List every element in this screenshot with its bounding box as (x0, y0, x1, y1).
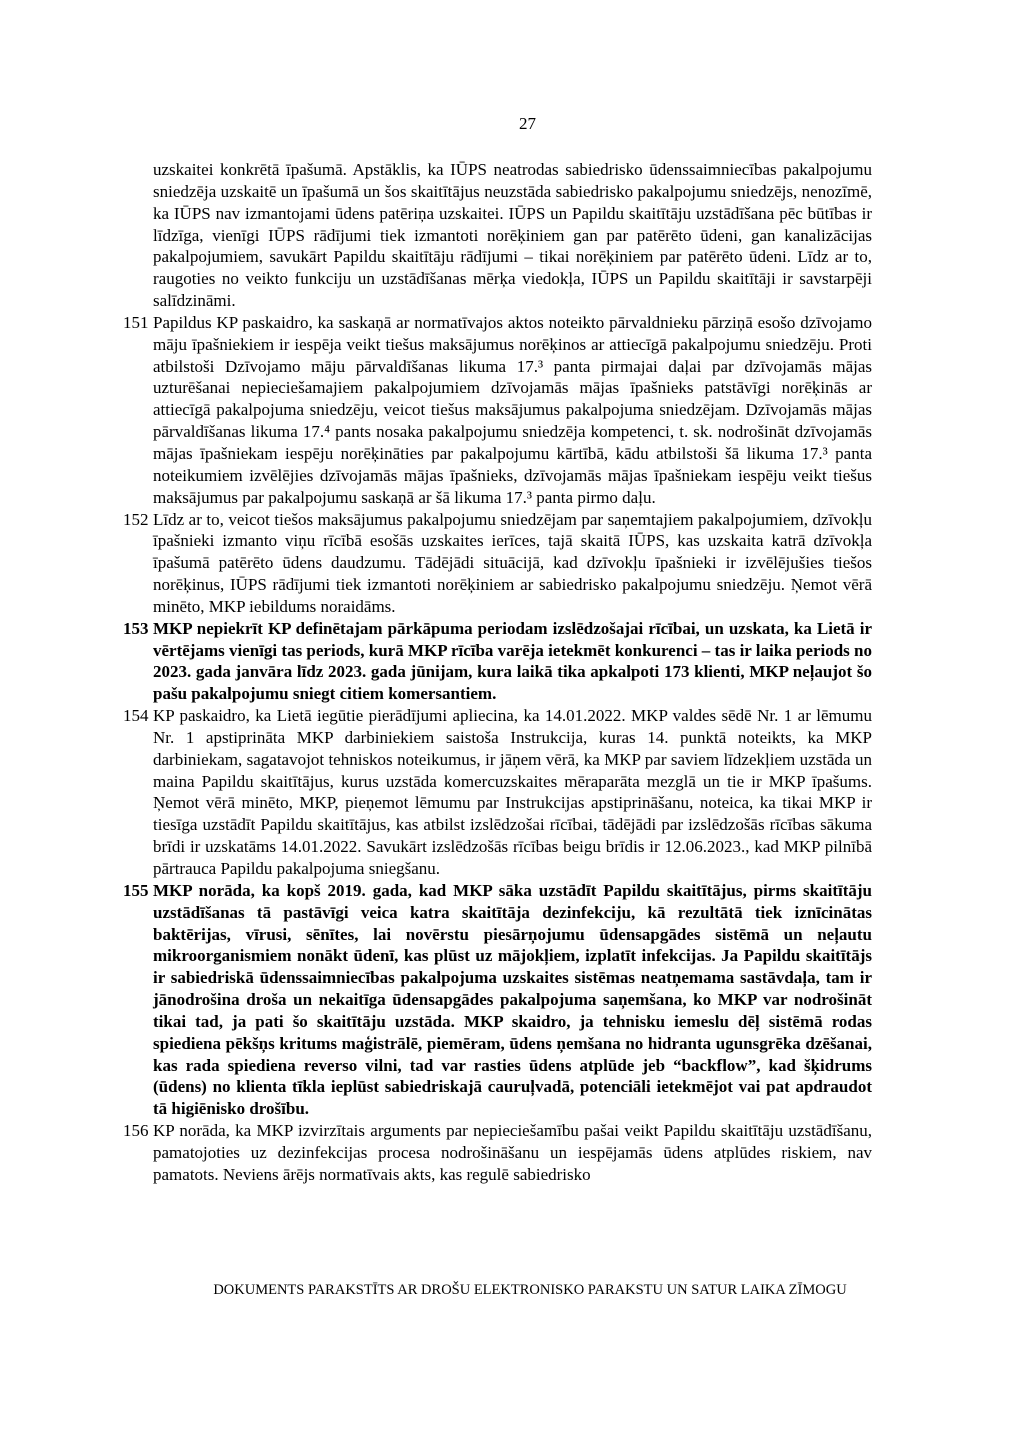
paragraph-text: MKP nepiekrīt KP definētajam pārkāpuma p… (153, 619, 872, 704)
paragraph-154: 154 KP paskaidro, ka Lietā iegūtie pierā… (153, 705, 872, 880)
paragraph-intro: uzskaitei konkrētā īpašumā. Apstāklis, k… (153, 159, 872, 312)
paragraph-151: 151 Papildus KP paskaidro, ka saskaņā ar… (153, 312, 872, 509)
signature-footer: DOKUMENTS PARAKSTĪTS AR DROŠU ELEKTRONIS… (160, 1281, 900, 1299)
paragraph-number: 155 (123, 880, 149, 902)
paragraph-number: 156 (123, 1120, 149, 1142)
paragraph-155: 155 MKP norāda, ka kopš 2019. gada, kad … (153, 880, 872, 1120)
paragraph-number: 152 (123, 509, 149, 531)
body-text: uzskaitei konkrētā īpašumā. Apstāklis, k… (153, 159, 872, 1186)
paragraph-text: Līdz ar to, veicot tiešos maksājumus pak… (153, 510, 872, 616)
document-page: 27 uzskaitei konkrētā īpašumā. Apstāklis… (0, 0, 1017, 1440)
paragraph-number: 151 (123, 312, 149, 334)
page-number: 27 (168, 113, 887, 135)
paragraph-number: 153 (123, 618, 149, 640)
paragraph-text: MKP norāda, ka kopš 2019. gada, kad MKP … (153, 881, 872, 1118)
paragraph-text: uzskaitei konkrētā īpašumā. Apstāklis, k… (153, 160, 872, 310)
paragraph-text: Papildus KP paskaidro, ka saskaņā ar nor… (153, 313, 872, 507)
paragraph-number: 154 (123, 705, 149, 727)
paragraph-156: 156 KP norāda, ka MKP izvirzītais argume… (153, 1120, 872, 1186)
paragraph-152: 152 Līdz ar to, veicot tiešos maksājumus… (153, 509, 872, 618)
paragraph-text: KP paskaidro, ka Lietā iegūtie pierādīju… (153, 706, 872, 878)
paragraph-153: 153 MKP nepiekrīt KP definētajam pārkāpu… (153, 618, 872, 705)
paragraph-text: KP norāda, ka MKP izvirzītais arguments … (153, 1121, 872, 1184)
